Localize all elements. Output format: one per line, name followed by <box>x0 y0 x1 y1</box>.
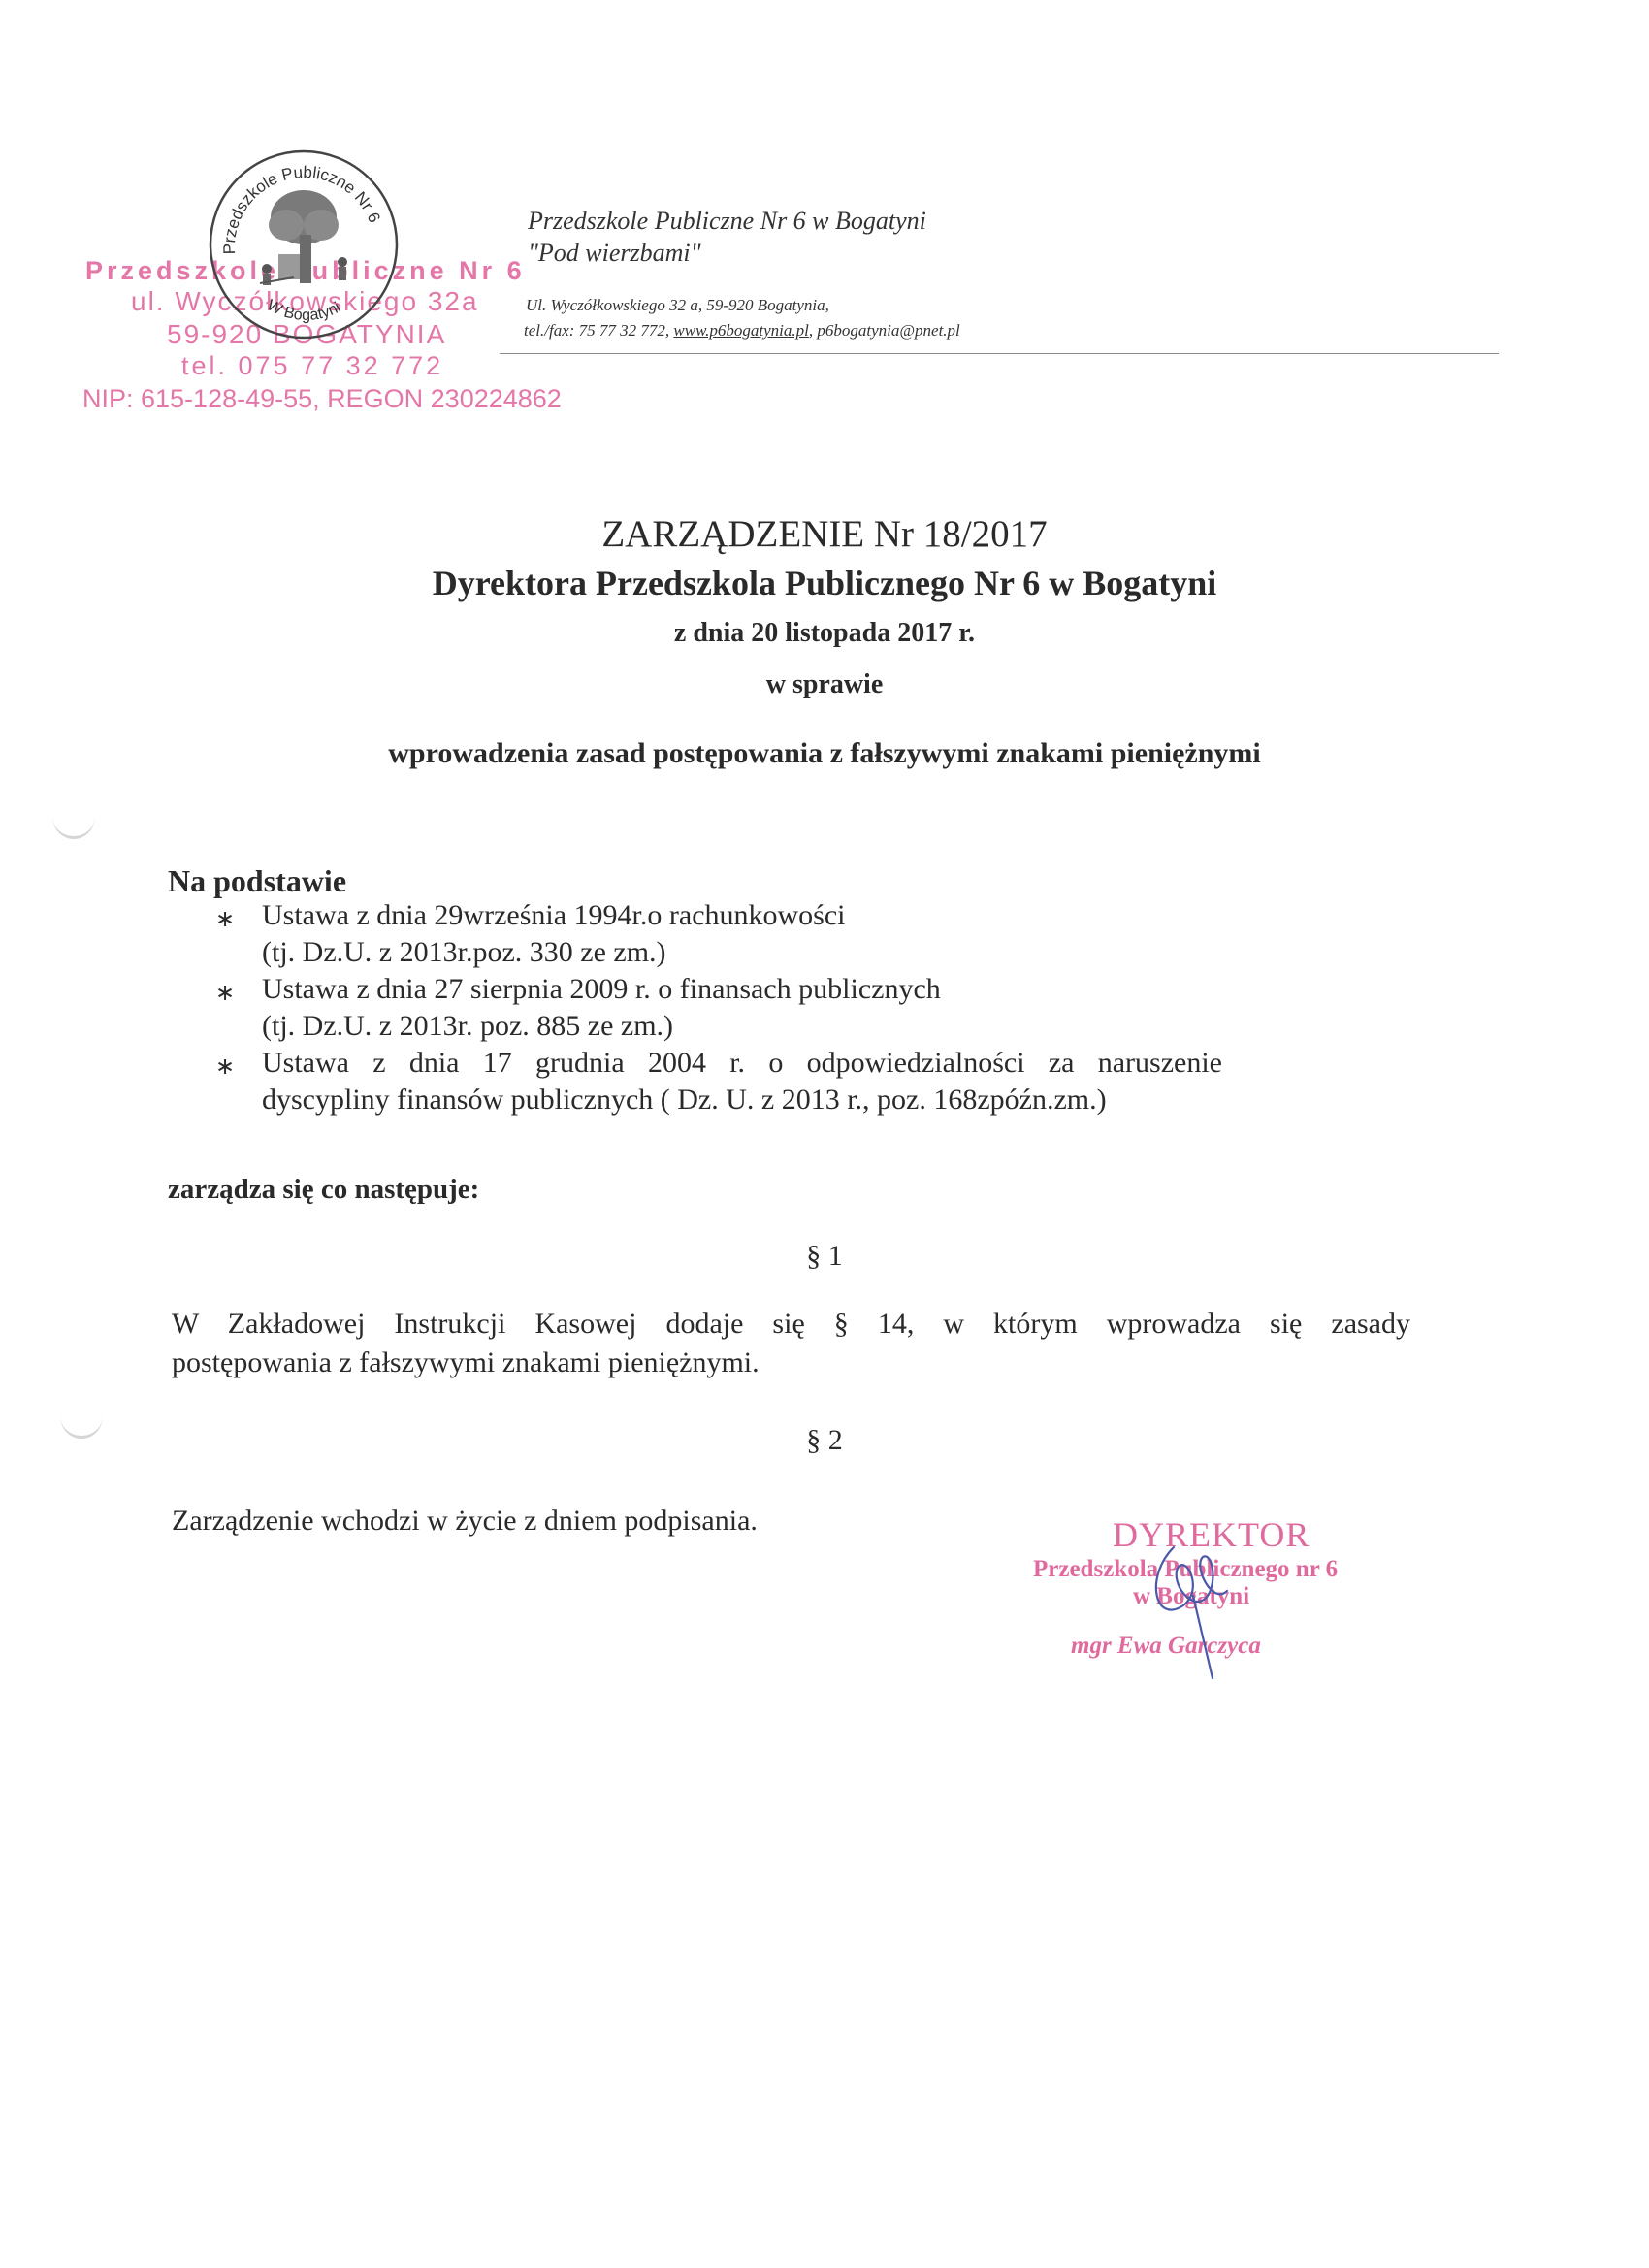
document-subject: wprowadzenia zasad postępowania z fałszy… <box>0 737 1649 770</box>
handwritten-signature-icon <box>1135 1538 1251 1683</box>
document-date: z dnia 20 listopada 2017 r. <box>0 618 1649 649</box>
document-issuer: Dyrektora Przedszkola Publicznego Nr 6 w… <box>0 563 1649 603</box>
bullet-icon: ∗ <box>215 1049 235 1085</box>
punch-hole <box>52 794 95 839</box>
bullet-icon: ∗ <box>215 901 235 938</box>
website-link[interactable]: www.p6bogatynia.pl <box>673 321 808 340</box>
section-1-line: W Zakładowej Instrukcji Kasowej dodaje s… <box>172 1305 1410 1344</box>
school-logo: Przedszkole Publiczne Nr 6 W Bogatyni <box>207 147 401 341</box>
svg-text:W Bogatyni: W Bogatyni <box>264 297 343 324</box>
email-link[interactable]: p6bogatynia@pnet.pl <box>817 321 959 340</box>
legal-basis-heading: Na podstawie <box>168 863 346 899</box>
legal-basis-citation: dyscypliny finansów publicznych ( Dz. U.… <box>262 1082 1282 1118</box>
section-mark-1: § 1 <box>0 1240 1649 1273</box>
document-title: ZARZĄDZENIE Nr 18/2017 <box>0 512 1649 556</box>
stamp-line-nip: NIP: 615-128-49-55, REGON 230224862 <box>82 384 562 414</box>
document-regarding: w sprawie <box>0 669 1649 700</box>
logo-ring-bottom: W Bogatyni <box>264 297 343 324</box>
legal-basis-text: Ustawa z dnia 27 sierpnia 2009 r. o fina… <box>262 971 1282 1008</box>
section-1-text: W Zakładowej Instrukcji Kasowej dodaje s… <box>172 1305 1410 1382</box>
list-item: ∗ Ustawa z dnia 29września 1994r.o rachu… <box>215 897 1282 971</box>
bullet-icon: ∗ <box>215 975 235 1012</box>
letterhead-name: Przedszkole Publiczne Nr 6 w Bogatyni <box>528 207 926 236</box>
section-mark-2: § 2 <box>0 1424 1649 1457</box>
legal-basis-text: Ustawa z dnia 29września 1994r.o rachunk… <box>262 897 1282 934</box>
tree-house-children-icon <box>260 190 347 285</box>
stamp-line-phone: tel. 075 77 32 772 <box>181 351 443 381</box>
legal-basis-citation: (tj. Dz.U. z 2013r.poz. 330 ze zm.) <box>262 934 1282 971</box>
legal-basis-citation: (tj. Dz.U. z 2013r. poz. 885 ze zm.) <box>262 1008 1282 1045</box>
letterhead-divider <box>500 353 1499 354</box>
letterhead-subtitle: "Pod wierzbami" <box>528 239 701 268</box>
legal-basis-text: Ustawa z dnia 17 grudnia 2004 r. o odpow… <box>262 1045 1222 1082</box>
letterhead-contact: tel./fax: 75 77 32 772, www.p6bogatynia.… <box>524 321 960 340</box>
letterhead-phone: tel./fax: 75 77 32 772, <box>524 321 673 340</box>
list-item: ∗ Ustawa z dnia 17 grudnia 2004 r. o odp… <box>215 1045 1282 1118</box>
section-2-text: Zarządzenie wchodzi w życie z dniem podp… <box>172 1505 758 1538</box>
section-1-line: postępowania z fałszywymi znakami pienię… <box>172 1346 760 1378</box>
decision-heading: zarządza się co następuje: <box>168 1174 479 1206</box>
list-item: ∗ Ustawa z dnia 27 sierpnia 2009 r. o fi… <box>215 971 1282 1045</box>
legal-basis-list: ∗ Ustawa z dnia 29września 1994r.o rachu… <box>215 897 1282 1118</box>
letterhead-address: Ul. Wyczółkowskiego 32 a, 59-920 Bogatyn… <box>526 296 829 315</box>
